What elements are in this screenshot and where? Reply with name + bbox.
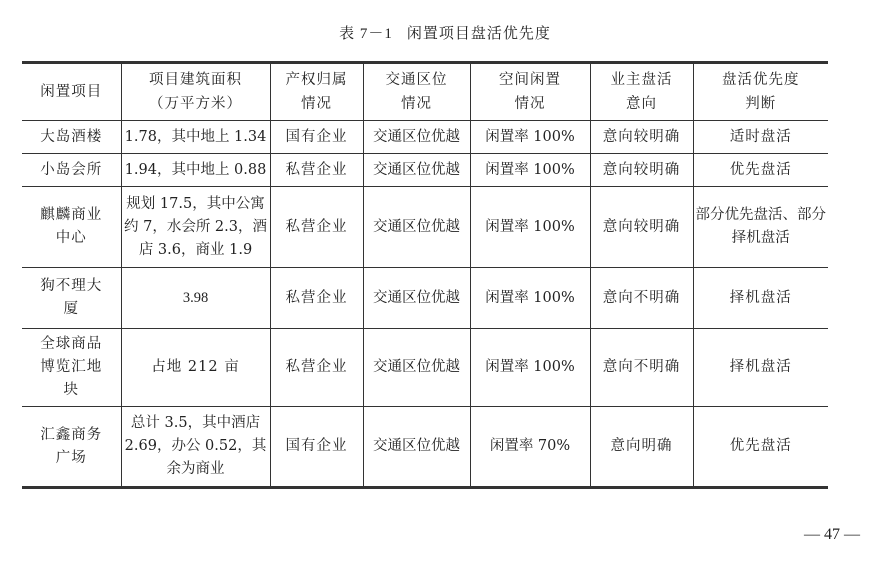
cell-priority: 择机盘活 — [693, 329, 828, 407]
cell-priority: 部分优先盘活、部分择机盘活 — [693, 187, 828, 268]
cell-ownership: 私营企业 — [270, 268, 363, 329]
cell-traffic: 交通区位优越 — [363, 121, 470, 154]
table-caption: 表 7－1闲置项目盘活优先度 — [0, 22, 890, 43]
cell-vacancy: 闲置率 100% — [470, 121, 590, 154]
cell-priority: 择机盘活 — [693, 268, 828, 329]
cell-ownership: 私营企业 — [270, 154, 363, 187]
cell-ownership: 私营企业 — [270, 187, 363, 268]
header-ownership: 产权归属情况 — [270, 63, 363, 121]
cell-vacancy: 闲置率 100% — [470, 187, 590, 268]
cell-traffic: 交通区位优越 — [363, 268, 470, 329]
header-row: 闲置项目 项目建筑面积（万平方米） 产权归属情况 交通区位情况 空间闲置情况 业… — [22, 63, 828, 121]
header-vacancy: 空间闲置情况 — [470, 63, 590, 121]
cell-vacancy: 闲置率 70% — [470, 407, 590, 488]
cell-area: 规划 17.5，其中公寓约 7，水会所 2.3，酒店 3.6，商业 1.9 — [121, 187, 270, 268]
table-title: 闲置项目盘活优先度 — [407, 24, 551, 42]
cell-traffic: 交通区位优越 — [363, 187, 470, 268]
header-priority: 盘活优先度判断 — [693, 63, 828, 121]
idle-projects-table: 闲置项目 项目建筑面积（万平方米） 产权归属情况 交通区位情况 空间闲置情况 业… — [22, 61, 828, 489]
header-project: 闲置项目 — [22, 63, 121, 121]
cell-ownership: 国有企业 — [270, 407, 363, 488]
header-area: 项目建筑面积（万平方米） — [121, 63, 270, 121]
cell-area: 3.98 — [121, 268, 270, 329]
table-row: 狗不理大厦 3.98 私营企业 交通区位优越 闲置率 100% 意向不明确 择机… — [22, 268, 828, 329]
page-number: — 47 — — [804, 526, 860, 544]
cell-project: 狗不理大厦 — [22, 268, 121, 329]
cell-priority: 优先盘活 — [693, 407, 828, 488]
cell-traffic: 交通区位优越 — [363, 407, 470, 488]
cell-project: 全球商品博览汇地块 — [22, 329, 121, 407]
cell-project: 小岛会所 — [22, 154, 121, 187]
cell-intent: 意向较明确 — [590, 121, 693, 154]
cell-area: 1.78，其中地上 1.34 — [121, 121, 270, 154]
header-traffic: 交通区位情况 — [363, 63, 470, 121]
cell-vacancy: 闲置率 100% — [470, 154, 590, 187]
table-row: 全球商品博览汇地块 占地 212 亩 私营企业 交通区位优越 闲置率 100% … — [22, 329, 828, 407]
cell-vacancy: 闲置率 100% — [470, 268, 590, 329]
cell-intent: 意向不明确 — [590, 268, 693, 329]
table-row: 汇鑫商务广场 总计 3.5，其中酒店 2.69，办公 0.52，其余为商业 国有… — [22, 407, 828, 488]
cell-priority: 适时盘活 — [693, 121, 828, 154]
cell-ownership: 国有企业 — [270, 121, 363, 154]
cell-intent: 意向较明确 — [590, 187, 693, 268]
cell-project: 麒麟商业中心 — [22, 187, 121, 268]
table-row: 大岛酒楼 1.78，其中地上 1.34 国有企业 交通区位优越 闲置率 100%… — [22, 121, 828, 154]
table-row: 麒麟商业中心 规划 17.5，其中公寓约 7，水会所 2.3，酒店 3.6，商业… — [22, 187, 828, 268]
cell-ownership: 私营企业 — [270, 329, 363, 407]
cell-vacancy: 闲置率 100% — [470, 329, 590, 407]
cell-traffic: 交通区位优越 — [363, 329, 470, 407]
cell-intent: 意向较明确 — [590, 154, 693, 187]
cell-project: 大岛酒楼 — [22, 121, 121, 154]
cell-project: 汇鑫商务广场 — [22, 407, 121, 488]
cell-intent: 意向明确 — [590, 407, 693, 488]
table-row: 小岛会所 1.94，其中地上 0.88 私营企业 交通区位优越 闲置率 100%… — [22, 154, 828, 187]
table-number: 表 7－1 — [339, 26, 393, 42]
cell-intent: 意向不明确 — [590, 329, 693, 407]
cell-priority: 优先盘活 — [693, 154, 828, 187]
header-intent: 业主盘活意向 — [590, 63, 693, 121]
cell-traffic: 交通区位优越 — [363, 154, 470, 187]
cell-area: 占地 212 亩 — [121, 329, 270, 407]
cell-area: 总计 3.5，其中酒店 2.69，办公 0.52，其余为商业 — [121, 407, 270, 488]
cell-area: 1.94，其中地上 0.88 — [121, 154, 270, 187]
